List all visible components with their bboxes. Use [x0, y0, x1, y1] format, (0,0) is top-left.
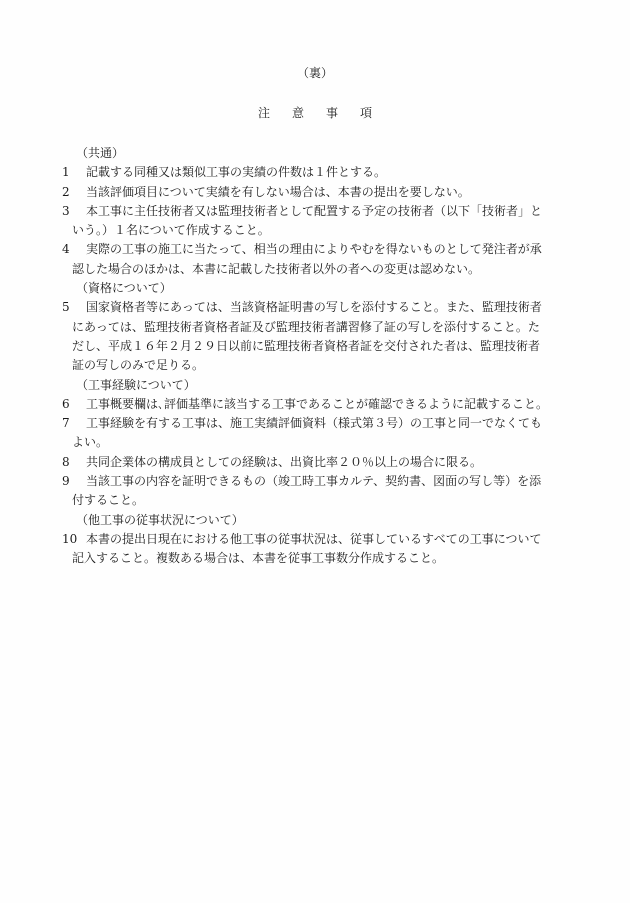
note-line: だし、平成１６年２月２９日以前に監理技術者資格者証を交付された者は、監理技術者 [62, 337, 572, 356]
document-page: （裏） 注意事項 （共通）1記載する同種又は類似工事の実績の件数は１件とする。2… [0, 0, 630, 903]
note-number: 10 [62, 530, 86, 549]
note-line: 4実際の工事の施工に当たって、相当の理由によりやむを得ないものとして発注者が承 [62, 240, 572, 259]
section-heading: （工事経験について） [62, 376, 572, 395]
section-heading: （資格について） [62, 279, 572, 298]
note-line: 7工事経験を有する工事は、施工実績評価資料（様式第３号）の工事と同一でなくても [62, 414, 572, 433]
note-text: 共同企業体の構成員としての経験は、出資比率２０％以上の場合に限る。 [86, 453, 572, 472]
note-text: 証の写しのみで足りる。 [72, 356, 572, 375]
note-text: 記入すること。複数ある場合は、本書を従事工事数分作成すること。 [72, 549, 572, 568]
note-line: 1記載する同種又は類似工事の実績の件数は１件とする。 [62, 163, 572, 182]
side-label: （裏） [0, 64, 630, 81]
note-text: 工事経験を有する工事は、施工実績評価資料（様式第３号）の工事と同一でなくても [86, 414, 572, 433]
note-line: 2当該評価項目について実績を有しない場合は、本書の提出を要しない。 [62, 183, 572, 202]
note-line: にあっては、監理技術者資格者証及び監理技術者講習修了証の写しを添付すること。た [62, 318, 572, 337]
note-number: 3 [62, 202, 86, 221]
note-number: 2 [62, 183, 86, 202]
note-line: いう。）１名について作成すること。 [62, 221, 572, 240]
note-line: 3本工事に主任技術者又は監理技術者として配置する予定の技術者（以下「技術者」と [62, 202, 572, 221]
note-number: 1 [62, 163, 86, 182]
note-line: 付すること。 [62, 491, 572, 510]
note-line: 8共同企業体の構成員としての経験は、出資比率２０％以上の場合に限る。 [62, 453, 572, 472]
note-text: 本書の提出日現在における他工事の従事状況は、従事しているすべての工事について [86, 530, 572, 549]
note-number [62, 260, 72, 279]
note-line: 10本書の提出日現在における他工事の従事状況は、従事しているすべての工事について [62, 530, 572, 549]
note-number [62, 433, 72, 452]
note-line: 6工事概要欄は､評価基準に該当する工事であることが確認できるように記載すること。 [62, 395, 572, 414]
note-line: よい。 [62, 433, 572, 452]
note-line: 9当該工事の内容を証明できるもの（竣工時工事カルテ、契約書、図面の写し等）を添 [62, 472, 572, 491]
note-text: 記載する同種又は類似工事の実績の件数は１件とする。 [86, 163, 572, 182]
note-number: 4 [62, 240, 86, 259]
note-text: よい。 [72, 433, 572, 452]
note-number [62, 356, 72, 375]
note-line: 5国家資格者等にあっては、当該資格証明書の写しを添付すること。また、監理技術者 [62, 298, 572, 317]
note-number [62, 337, 72, 356]
note-line: 記入すること。複数ある場合は、本書を従事工事数分作成すること。 [62, 549, 572, 568]
page-title: 注意事項 [0, 104, 630, 121]
note-number [62, 491, 72, 510]
note-text: 実際の工事の施工に当たって、相当の理由によりやむを得ないものとして発注者が承 [86, 240, 572, 259]
note-number [62, 221, 72, 240]
note-number: 8 [62, 453, 86, 472]
note-text: 当該工事の内容を証明できるもの（竣工時工事カルテ、契約書、図面の写し等）を添 [86, 472, 572, 491]
note-text: 本工事に主任技術者又は監理技術者として配置する予定の技術者（以下「技術者」と [86, 202, 572, 221]
note-text: 工事概要欄は､評価基準に該当する工事であることが確認できるように記載すること。 [86, 395, 572, 414]
note-number: 5 [62, 298, 86, 317]
note-text: いう。）１名について作成すること。 [72, 221, 572, 240]
section-heading: （他工事の従事状況について） [62, 511, 572, 530]
note-number: 7 [62, 414, 86, 433]
notes-body: （共通）1記載する同種又は類似工事の実績の件数は１件とする。2当該評価項目につい… [62, 144, 572, 569]
note-text: 付すること。 [72, 491, 572, 510]
note-text: にあっては、監理技術者資格者証及び監理技術者講習修了証の写しを添付すること。た [72, 318, 572, 337]
note-number [62, 549, 72, 568]
note-text: 国家資格者等にあっては、当該資格証明書の写しを添付すること。また、監理技術者 [86, 298, 572, 317]
note-number: 9 [62, 472, 86, 491]
note-number [62, 318, 72, 337]
note-text: だし、平成１６年２月２９日以前に監理技術者資格者証を交付された者は、監理技術者 [72, 337, 572, 356]
note-line: 認した場合のほかは、本書に記載した技術者以外の者への変更は認めない。 [62, 260, 572, 279]
note-line: 証の写しのみで足りる。 [62, 356, 572, 375]
section-heading: （共通） [62, 144, 572, 163]
note-text: 認した場合のほかは、本書に記載した技術者以外の者への変更は認めない。 [72, 260, 572, 279]
note-text: 当該評価項目について実績を有しない場合は、本書の提出を要しない。 [86, 183, 572, 202]
note-number: 6 [62, 395, 86, 414]
